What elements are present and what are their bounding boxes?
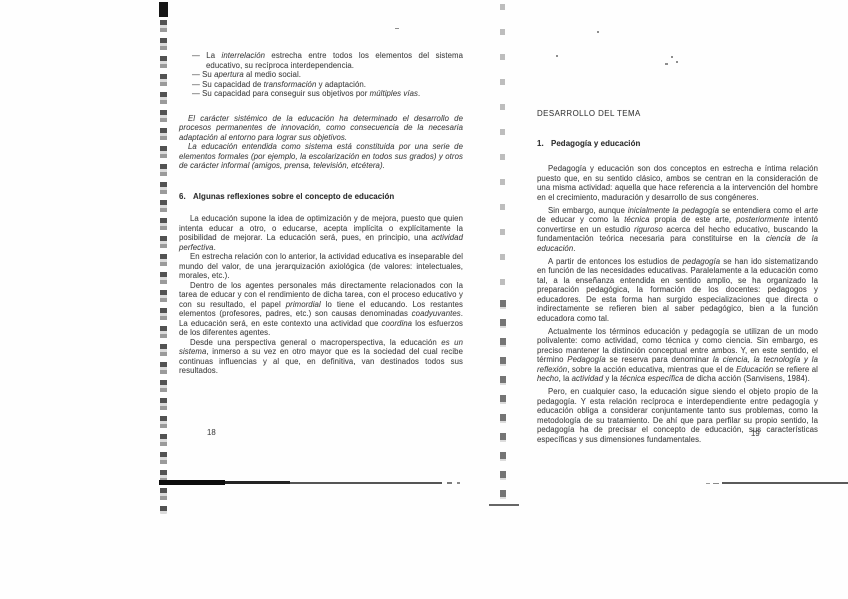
section-heading: 1.Pedagogía y educación xyxy=(537,139,818,149)
gutter-marks-lower-artifact xyxy=(500,300,506,505)
scan-speck-artifact xyxy=(671,56,673,58)
left-page: — La interrelación estrecha entre todos … xyxy=(179,51,463,376)
scanned-book-spread: — La interrelación estrecha entre todos … xyxy=(0,0,848,599)
scan-speck-artifact xyxy=(597,31,599,33)
binding-top-blot-artifact xyxy=(159,2,168,17)
gutter-marks-upper-artifact xyxy=(500,4,505,300)
page-number: 18 xyxy=(207,428,216,437)
edge-dot-artifact xyxy=(457,482,460,484)
right-page: DESARROLLO DEL TEMA 1.Pedagogía y educac… xyxy=(537,109,818,448)
scan-speck-artifact xyxy=(395,28,399,29)
section-heading: 6.Algunas reflexiones sobre el concepto … xyxy=(179,192,463,202)
paragraph: La educación supone la idea de optimizac… xyxy=(179,214,463,252)
left-page-bottom-edge-artifact xyxy=(225,481,290,484)
left-page-bottom-edge-artifact xyxy=(159,480,225,485)
edge-dot-artifact xyxy=(713,483,719,484)
chapter-kicker: DESARROLLO DEL TEMA xyxy=(537,109,818,119)
paragraph: Dentro de los agentes personales más dir… xyxy=(179,281,463,338)
scan-speck-artifact xyxy=(676,61,678,63)
paragraph: Pedagogía y educación son dos conceptos … xyxy=(537,164,818,202)
section-title: Algunas reflexiones sobre el concepto de… xyxy=(193,192,394,201)
paragraph: Desde una perspectiva general o macroper… xyxy=(179,338,463,376)
paragraph: A partir de entonces los estudios de ped… xyxy=(537,257,818,324)
list-item: — Su apertura al medio social. xyxy=(192,70,463,80)
page-number: 19 xyxy=(751,429,760,438)
scan-speck-artifact xyxy=(665,63,668,65)
left-page-bottom-edge-artifact xyxy=(290,482,442,484)
right-page-bottom-edge-artifact xyxy=(722,482,848,484)
italic-passage: El carácter sistémico de la educación ha… xyxy=(179,114,463,171)
gutter-underline-artifact xyxy=(489,504,519,506)
paragraph: Actualmente los términos educación y ped… xyxy=(537,327,818,384)
list-item: — Su capacidad para conseguir sus objeti… xyxy=(192,89,463,99)
edge-dot-artifact xyxy=(447,482,452,484)
paragraph: El carácter sistémico de la educación ha… xyxy=(179,114,463,143)
paragraph: En estrecha relación con lo anterior, la… xyxy=(179,252,463,281)
section-number: 6. xyxy=(179,192,193,202)
paragraph: Sin embargo, aunque inicialmente la peda… xyxy=(537,206,818,254)
edge-dot-artifact xyxy=(706,483,710,484)
list-item: — La interrelación estrecha entre todos … xyxy=(192,51,463,70)
dash-list: — La interrelación estrecha entre todos … xyxy=(179,51,463,99)
paragraph: La educación entendida como sistema está… xyxy=(179,142,463,171)
paragraph: Pero, en cualquier caso, la educación si… xyxy=(537,387,818,444)
section-number: 1. xyxy=(537,139,551,149)
section-title: Pedagogía y educación xyxy=(551,139,640,148)
scan-speck-artifact xyxy=(556,55,558,57)
book-binding-strip-artifact xyxy=(160,2,167,514)
list-item: — Su capacidad de transformación y adapt… xyxy=(192,80,463,90)
